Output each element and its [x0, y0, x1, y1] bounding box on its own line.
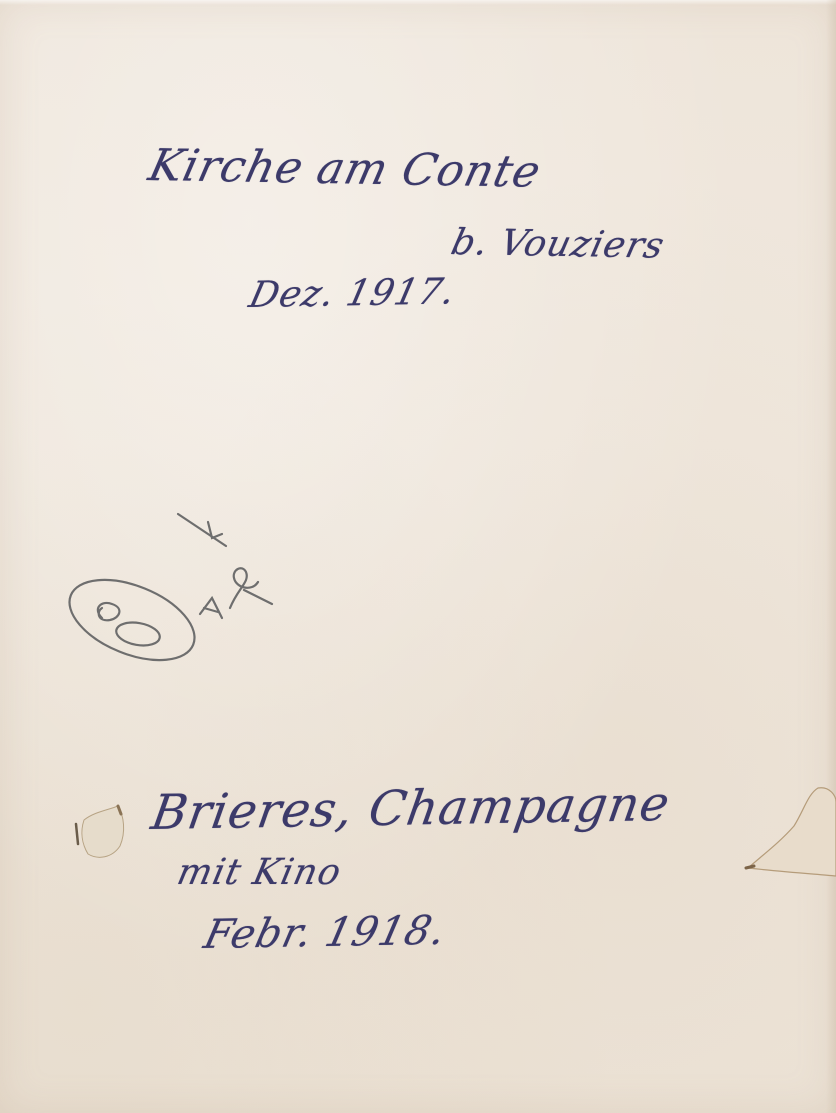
torn-spot-left-icon [74, 802, 134, 864]
torn-spot-right-icon [744, 780, 836, 880]
pencil-annotation: 80 Apt. [62, 500, 292, 670]
paper-right-edge [826, 0, 836, 1113]
paper-sheet: Kirche am Conte b. Vouziers Dez. 1917. [0, 0, 836, 1113]
inscription-bottom-line3: Febr. 1918. [200, 908, 451, 958]
inscription-bottom-line1: Brieres, Champagne [148, 776, 674, 841]
inscription-bottom-line2: mit Kino [174, 852, 346, 893]
circled-number-icon [62, 500, 292, 670]
paper-top-edge [0, 0, 836, 5]
inscription-top-line3: Dez. 1917. [245, 271, 460, 316]
inscription-top-line2: b. Vouziers [447, 222, 668, 267]
inscription-top-line1: Kirche am Conte [144, 140, 546, 198]
